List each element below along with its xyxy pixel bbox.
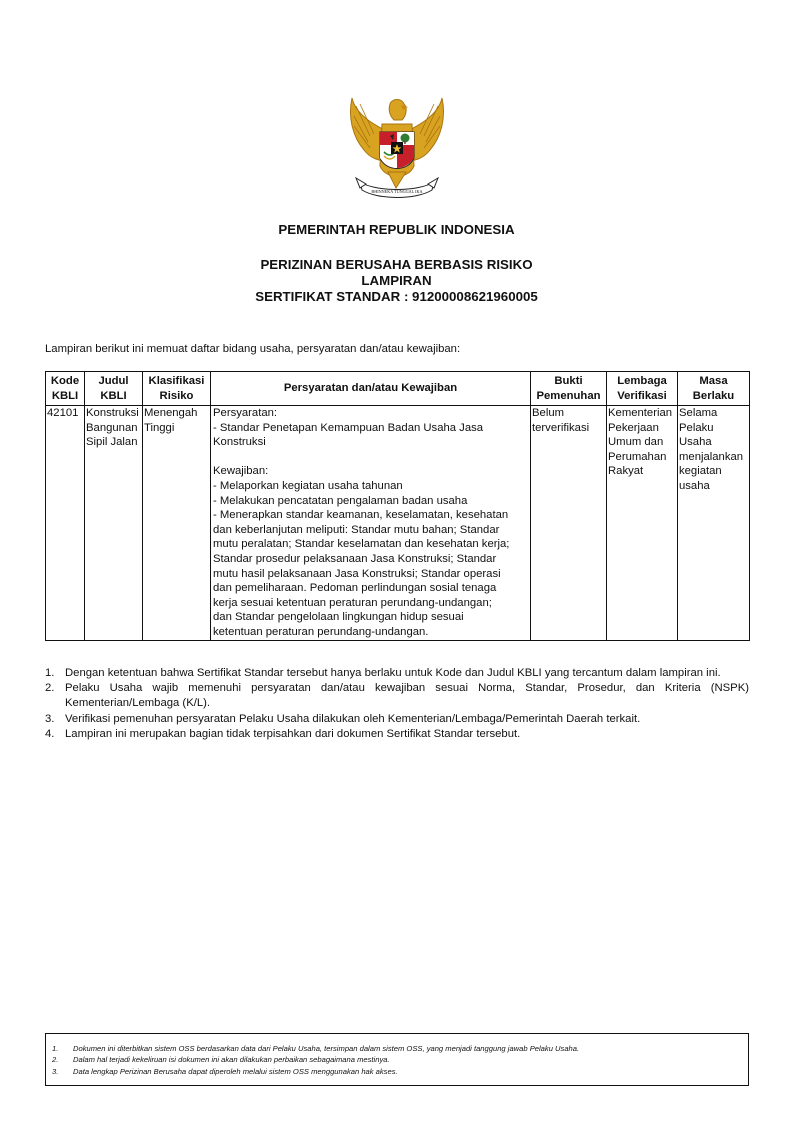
cell-bukti-pemenuhan: Belumterverifikasi: [531, 406, 607, 641]
cell-line: Usaha: [679, 435, 748, 450]
cell-line: - Melakukan pencatatan pengalaman badan …: [213, 494, 529, 509]
footer-item: 1.Dokumen ini diterbitkan sistem OSS ber…: [52, 1043, 748, 1054]
notes-list: 1.Dengan ketentuan bahwa Sertifikat Stan…: [45, 666, 749, 742]
document-title: PERIZINAN BERUSAHA BERBASIS RISIKO LAMPI…: [0, 257, 793, 305]
header-bukti-pemenuhan: BuktiPemenuhan: [531, 372, 607, 406]
cell-line: Menengah: [144, 406, 209, 421]
cell-kode-kbli: 42101: [46, 406, 85, 641]
cell-line: mutu hasil pelaksanaan Jasa Konstruksi; …: [213, 567, 529, 582]
cell-line: Belum: [532, 406, 605, 421]
title-line-2: LAMPIRAN: [0, 273, 793, 289]
cell-line: mutu peralatan; Standar keselamatan dan …: [213, 537, 529, 552]
header-kode-kbli: KodeKBLI: [46, 372, 85, 406]
cell-line: - Standar Penetapan Kemampuan Badan Usah…: [213, 421, 529, 436]
cell-line: ketentuan peraturan perundang-undangan.: [213, 625, 529, 640]
cell-line: Bangunan: [86, 421, 141, 436]
note-item: 3.Verifikasi pemenuhan persyaratan Pelak…: [45, 712, 749, 727]
note-item: 1.Dengan ketentuan bahwa Sertifikat Stan…: [45, 666, 749, 681]
cell-line: kerja sesuai ketentuan peraturan perunda…: [213, 596, 529, 611]
garuda-emblem-icon: BHINNEKA TUNGGAL IKA: [346, 96, 448, 202]
header-masa-berlaku: MasaBerlaku: [678, 372, 750, 406]
cell-line: Pekerjaan: [608, 421, 676, 436]
cell-line: menjalankan: [679, 450, 748, 465]
svg-text:BHINNEKA TUNGGAL IKA: BHINNEKA TUNGGAL IKA: [371, 189, 422, 194]
cell-line: Selama: [679, 406, 748, 421]
table-header-row: KodeKBLI JudulKBLI KlasifikasiRisiko Per…: [46, 372, 750, 406]
cell-line: Perumahan: [608, 450, 676, 465]
certificate-number: SERTIFIKAT STANDAR : 91200008621960005: [0, 289, 793, 305]
cell-line: kegiatan: [679, 464, 748, 479]
cell-line: Sipil Jalan: [86, 435, 141, 450]
cell-line: Konstruksi: [86, 406, 141, 421]
cell-line: Tinggi: [144, 421, 209, 436]
cell-line: Pelaku: [679, 421, 748, 436]
header-judul-kbli: JudulKBLI: [85, 372, 143, 406]
title-line-1: PERIZINAN BERUSAHA BERBASIS RISIKO: [0, 257, 793, 273]
cell-line: dan keberlanjutan meliputi: Standar mutu…: [213, 523, 529, 538]
cell-persyaratan-kewajiban: Persyaratan:- Standar Penetapan Kemampua…: [211, 406, 531, 641]
kbli-table: KodeKBLI JudulKBLI KlasifikasiRisiko Per…: [45, 371, 750, 641]
cell-line: usaha: [679, 479, 748, 494]
cell-line: terverifikasi: [532, 421, 605, 436]
footer-disclaimer: 1.Dokumen ini diterbitkan sistem OSS ber…: [45, 1033, 749, 1086]
intro-text: Lampiran berikut ini memuat daftar bidan…: [45, 343, 460, 355]
header-lembaga-verifikasi: LembagaVerifikasi: [607, 372, 678, 406]
table-row: 42101 KonstruksiBangunanSipil Jalan Mene…: [46, 406, 750, 641]
cell-line: Umum dan: [608, 435, 676, 450]
note-item: 2.Pelaku Usaha wajib memenuhi persyarata…: [45, 681, 749, 711]
header-persyaratan-kewajiban: Persyaratan dan/atau Kewajiban: [211, 372, 531, 406]
cell-line: - Melaporkan kegiatan usaha tahunan: [213, 479, 529, 494]
cell-klasifikasi-risiko: MenengahTinggi: [143, 406, 211, 641]
cell-line: Kementerian: [608, 406, 676, 421]
footer-item: 3.Data lengkap Perizinan Berusaha dapat …: [52, 1066, 748, 1077]
cell-line: Rakyat: [608, 464, 676, 479]
government-heading: PEMERINTAH REPUBLIK INDONESIA: [0, 222, 793, 238]
cell-judul-kbli: KonstruksiBangunanSipil Jalan: [85, 406, 143, 641]
header-klasifikasi-risiko: KlasifikasiRisiko: [143, 372, 211, 406]
cell-line: Kewajiban:: [213, 464, 529, 479]
footer-item: 2.Dalam hal terjadi kekeliruan isi dokum…: [52, 1054, 748, 1065]
cell-line: - Menerapkan standar keamanan, keselamat…: [213, 508, 529, 523]
cell-lembaga-verifikasi: KementerianPekerjaanUmum danPerumahanRak…: [607, 406, 678, 641]
cell-line: [213, 450, 529, 465]
cell-line: dan Standar pengelolaan lingkungan hidup…: [213, 610, 529, 625]
cell-line: Konstruksi: [213, 435, 529, 450]
cell-masa-berlaku: SelamaPelakuUsahamenjalankankegiatanusah…: [678, 406, 750, 641]
note-item: 4.Lampiran ini merupakan bagian tidak te…: [45, 727, 749, 742]
cell-line: dan pemeliharaan. Pedoman perlindungan s…: [213, 581, 529, 596]
cell-line: Persyaratan:: [213, 406, 529, 421]
cell-line: Standar prosedur pelaksanaan Jasa Konstr…: [213, 552, 529, 567]
